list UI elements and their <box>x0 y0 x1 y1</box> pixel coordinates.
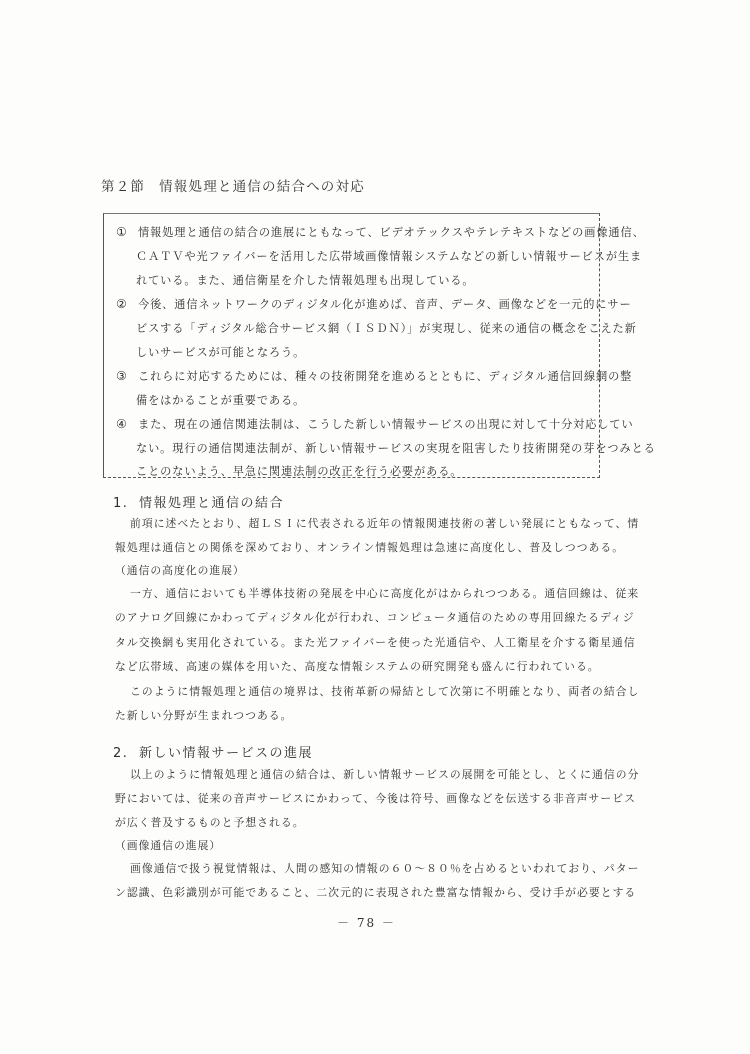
paragraph-line: このように情報処理と通信の境界は、技術革新の帰結として次第に不明確となり、両者の… <box>130 684 639 699</box>
paragraph-line: 一方、通信においても半導体技術の発展を中心に高度化がはかられつつある。通信回線は… <box>130 586 639 601</box>
item-marker: ① <box>116 225 138 239</box>
summary-item-4-line-3: ことのないよう、早急に関連法制の改正を行う必要がある。 <box>136 463 462 479</box>
summary-item-4-line-1: ④また、現在の通信関連法制は、こうした新しい情報サービスの出現に対して十分対応し… <box>116 416 634 432</box>
summary-text: また、現在の通信関連法制は、こうした新しい情報サービスの出現に対して十分対応して… <box>138 418 634 431</box>
summary-item-2-line-1: ②今後、通信ネットワークのディジタル化が進めば、音声、データ、画像などを一元的に… <box>116 296 632 312</box>
summary-text: しいサービスが可能となろう。 <box>136 346 305 359</box>
subsection-number: 2. <box>113 746 139 761</box>
item-marker: ③ <box>116 369 138 383</box>
section-title: 第２節情報処理と通信の結合への対応 <box>101 175 365 195</box>
subheading: （画像通信の進展） <box>115 838 221 853</box>
paragraph-line: 野においては、従来の音声サービスにかわって、今後は符号、画像などを伝送する非音声… <box>115 791 636 806</box>
summary-item-1-line-2: ＣＡＴＶや光ファイバーを活用した広帯域画像情報システムなどの新しい情報サービスが… <box>136 248 642 264</box>
summary-item-3-line-2: 備をはかることが重要である。 <box>136 392 305 408</box>
item-marker: ④ <box>116 417 138 431</box>
subsection-1-heading: 1.情報処理と通信の結合 <box>113 492 284 511</box>
summary-text: 情報処理と通信の結合の進展にともなって、ビデオテックスやテレテキストなどの画像通… <box>138 226 645 239</box>
section-number: 第２節 <box>101 179 145 195</box>
paragraph-line: のアナログ回線にかわってディジタル化が行われ、コンピュータ通信のための専用回線た… <box>115 610 635 625</box>
paragraph-line: など広帯域、高速の媒体を用いた、高度な情報システムの研究開発も盛んに行われている… <box>115 659 600 674</box>
subsection-number: 1. <box>113 496 139 511</box>
summary-item-2-line-3: しいサービスが可能となろう。 <box>136 344 305 360</box>
page-number: － 78 － <box>337 914 396 931</box>
summary-item-1-line-3: れている。また、通信衛星を介した情報処理も出現している。 <box>136 272 474 288</box>
paragraph-line: が広く普及するものと予想される。 <box>115 815 305 830</box>
summary-text: これらに対応するためには、種々の技術開発を進めるとともに、ディジタル通信回線網の… <box>138 370 632 383</box>
subsection-2-heading: 2.新しい情報サービスの進展 <box>113 742 313 761</box>
paragraph-line: ン認識、色彩識別が可能であること、二次元的に表現された豊富な情報から、受け手が必… <box>115 885 636 900</box>
paragraph-line: タル交換網も実用化されている。また光ファイバーを使った光通信や、人工衛星を介する… <box>115 635 636 650</box>
summary-text: ない。現行の通信関連法制が、新しい情報サービスの実現を阻害したり技術開発の芽をつ… <box>136 442 656 455</box>
paragraph-line: た新しい分野が生まれつつある。 <box>115 708 293 723</box>
summary-text: ＣＡＴＶや光ファイバーを活用した広帯域画像情報システムなどの新しい情報サービスが… <box>136 250 642 263</box>
paragraph-line: 報処理は通信との関係を深めており、オンライン情報処理は急速に高度化し、普及しつつ… <box>115 540 624 555</box>
item-marker: ② <box>116 297 138 311</box>
paragraph-line: 画像通信で扱う視覚情報は、人間の感知の情報の６０～８０％を占めるといわれており、… <box>130 861 639 876</box>
summary-item-2-line-2: ビスする「ディジタル総合サービス網（ＩＳＤＮ）」が実現し、従来の通信の概念をこえ… <box>136 320 637 336</box>
summary-item-4-line-2: ない。現行の通信関連法制が、新しい情報サービスの実現を阻害したり技術開発の芽をつ… <box>136 440 656 456</box>
document-page: 第２節情報処理と通信の結合への対応 ①情報処理と通信の結合の進展にともなって、ビ… <box>0 0 750 1054</box>
subsection-title: 情報処理と通信の結合 <box>139 496 284 511</box>
section-title-text: 情報処理と通信の結合への対応 <box>159 179 365 195</box>
summary-text: ことのないよう、早急に関連法制の改正を行う必要がある。 <box>136 465 462 478</box>
subsection-title: 新しい情報サービスの進展 <box>139 746 313 761</box>
paragraph-line: 以上のように情報処理と通信の結合は、新しい情報サービスの展開を可能とし、とくに通… <box>130 767 639 782</box>
summary-text: 備をはかることが重要である。 <box>136 394 305 407</box>
paragraph-line: 前項に述べたとおり、超ＬＳＩに代表される近年の情報関連技術の著しい発展にともなっ… <box>130 516 639 531</box>
summary-item-3-line-1: ③これらに対応するためには、種々の技術開発を進めるとともに、ディジタル通信回線網… <box>116 368 632 384</box>
subheading: （通信の高度化の進展） <box>115 563 245 578</box>
summary-text: れている。また、通信衛星を介した情報処理も出現している。 <box>136 274 474 287</box>
summary-text: ビスする「ディジタル総合サービス網（ＩＳＤＮ）」が実現し、従来の通信の概念をこえ… <box>136 322 637 335</box>
summary-text: 今後、通信ネットワークのディジタル化が進めば、音声、データ、画像などを一元的にサ… <box>138 298 632 311</box>
summary-item-1-line-1: ①情報処理と通信の結合の進展にともなって、ビデオテックスやテレテキストなどの画像… <box>116 224 645 240</box>
